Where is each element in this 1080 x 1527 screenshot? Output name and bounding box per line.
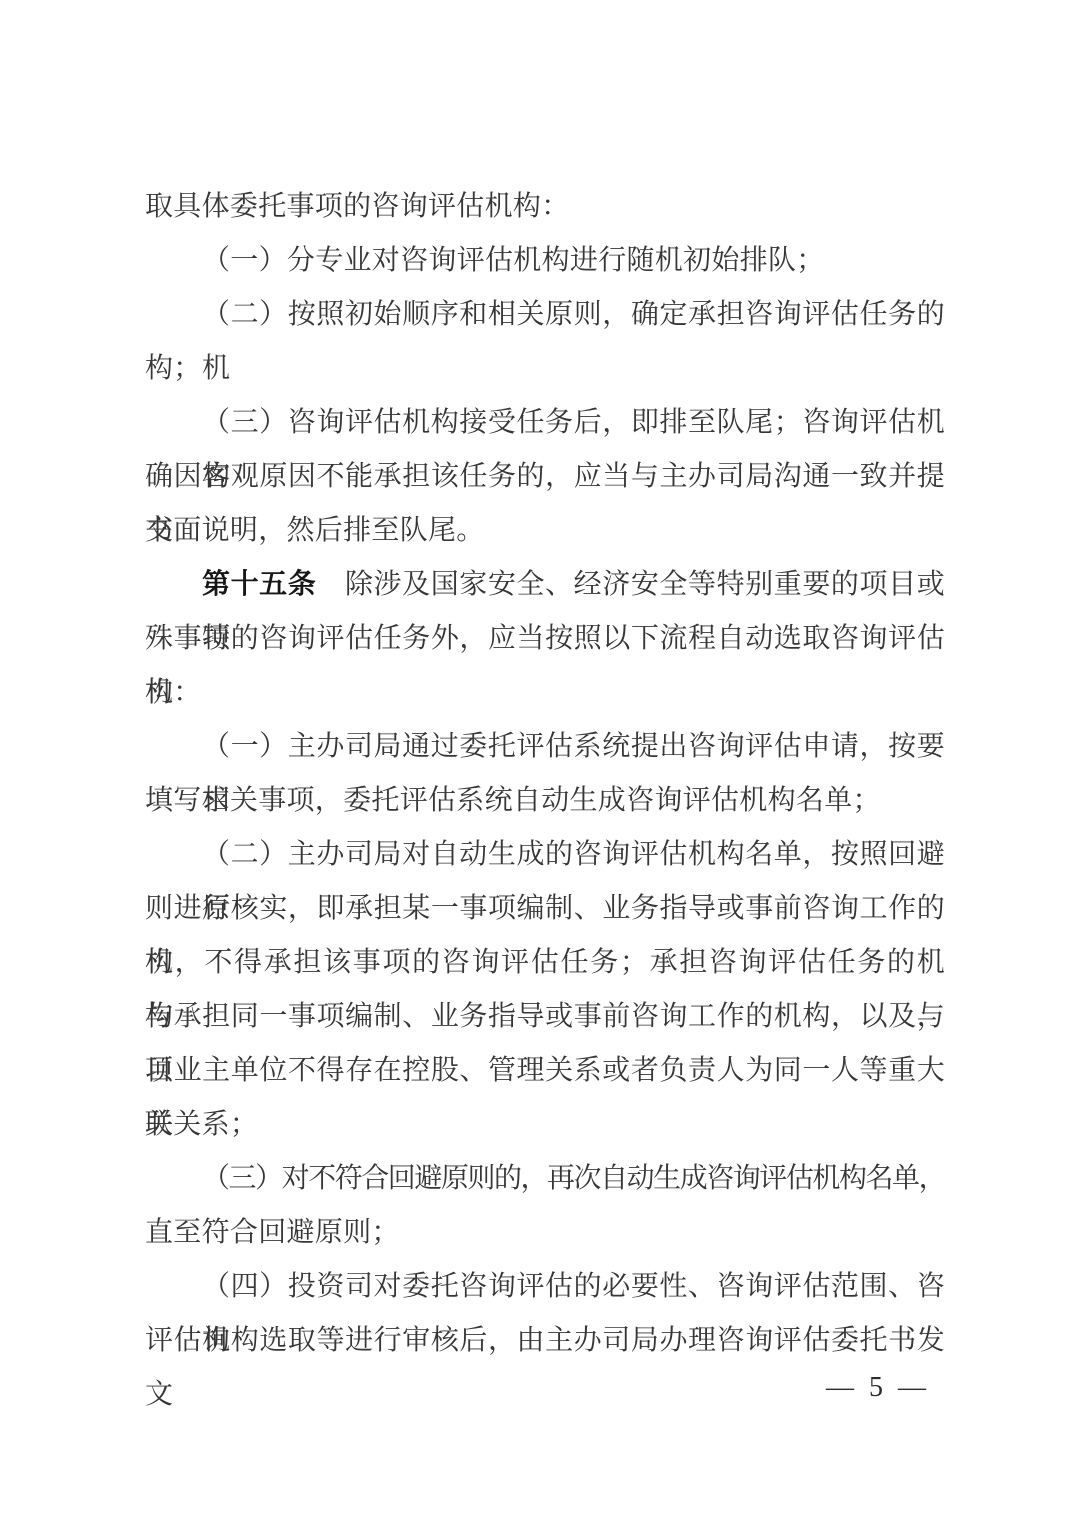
page-number: — 5 — bbox=[826, 1368, 930, 1408]
text-line: 构： bbox=[145, 666, 945, 720]
document-body: 取具体委托事项的咨询评估机构：（一）分专业对咨询评估机构进行随机初始排队；（二）… bbox=[145, 180, 945, 1368]
text-segment: 构： bbox=[145, 677, 202, 708]
text-line: 直至符合回避原则； bbox=[145, 1206, 945, 1260]
text-line: （三）对不符合回避原则的，再次自动生成咨询评估机构名单， bbox=[145, 1152, 945, 1206]
text-segment: 填写相关事项，委托评估系统自动生成咨询评估机构名单； bbox=[145, 785, 881, 816]
text-line: 书面说明，然后排至队尾。 bbox=[145, 504, 945, 558]
text-line: （二）按照初始顺序和相关原则，确定承担咨询评估任务的机 bbox=[145, 288, 945, 342]
text-line: （二）主办司局对自动生成的咨询评估机构名单，按照回避原 bbox=[145, 828, 945, 882]
text-line: 目业主单位不得存在控股、管理关系或者负责人为同一人等重大关 bbox=[145, 1044, 945, 1098]
text-line: 则进行核实，即承担某一事项编制、业务指导或事前咨询工作的机 bbox=[145, 882, 945, 936]
text-line: （一）主办司局通过委托评估系统提出咨询评估申请，按要求 bbox=[145, 720, 945, 774]
text-line: （一）分专业对咨询评估机构进行随机初始排队； bbox=[145, 234, 945, 288]
text-line: （四）投资司对委托咨询评估的必要性、咨询评估范围、咨询 bbox=[145, 1260, 945, 1314]
text-line: 殊事项的咨询评估任务外，应当按照以下流程自动选取咨询评估机 bbox=[145, 612, 945, 666]
text-segment: （三）对不符合回避原则的，再次自动生成咨询评估机构名单， bbox=[202, 1163, 945, 1194]
text-line: 评估机构选取等进行审核后，由主办司局办理咨询评估委托书发文 bbox=[145, 1314, 945, 1368]
text-line: 与承担同一事项编制、业务指导或事前咨询工作的机构，以及与项 bbox=[145, 990, 945, 1044]
text-line: 联关系； bbox=[145, 1098, 945, 1152]
text-segment: （一）分专业对咨询评估机构进行随机初始排队； bbox=[202, 245, 825, 276]
text-line: 构，不得承担该事项的咨询评估任务；承担咨询评估任务的机构， bbox=[145, 936, 945, 990]
text-line: （三）咨询评估机构接受任务后，即排至队尾；咨询评估机构 bbox=[145, 396, 945, 450]
text-line: 第十五条 除涉及国家安全、经济安全等特别重要的项目或特 bbox=[145, 558, 945, 612]
text-line: 填写相关事项，委托评估系统自动生成咨询评估机构名单； bbox=[145, 774, 945, 828]
text-segment: 联关系； bbox=[145, 1109, 258, 1140]
text-segment: 书面说明，然后排至队尾。 bbox=[145, 515, 485, 546]
text-segment: 构； bbox=[145, 353, 202, 384]
text-segment: 评估机构选取等进行审核后，由主办司局办理咨询评估委托书发文 bbox=[145, 1325, 945, 1410]
article-number: 第十五条 bbox=[202, 569, 316, 600]
document-page: 取具体委托事项的咨询评估机构：（一）分专业对咨询评估机构进行随机初始排队；（二）… bbox=[0, 0, 1080, 1527]
text-line: 构； bbox=[145, 342, 945, 396]
text-line: 确因客观原因不能承担该任务的，应当与主办司局沟通一致并提交 bbox=[145, 450, 945, 504]
text-segment: 直至符合回避原则； bbox=[145, 1217, 400, 1248]
text-line: 取具体委托事项的咨询评估机构： bbox=[145, 180, 945, 234]
text-segment: 取具体委托事项的咨询评估机构： bbox=[145, 191, 570, 222]
